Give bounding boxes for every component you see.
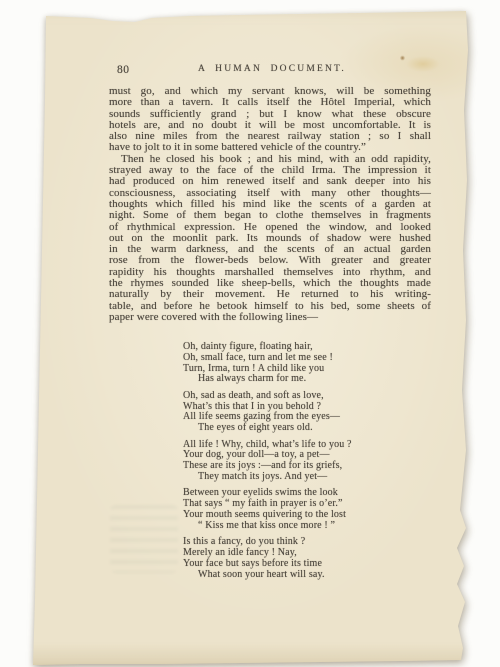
stain	[400, 55, 405, 61]
body-text: must go, and which my servant knows, wil…	[109, 86, 431, 323]
poem-line: Oh, small face, turn and let me see !	[183, 353, 413, 364]
poem: Oh, dainty figure, floating hair,Oh, sma…	[183, 342, 413, 586]
body-line: naturally by their movement. He returned…	[109, 289, 431, 300]
poem-line: Has always charm for me.	[183, 374, 413, 385]
poem-line: The eyes of eight years old.	[183, 423, 413, 434]
poem-line: What soon your heart will say.	[183, 570, 413, 581]
poem-stanza: Oh, sad as death, and soft as love,What’…	[183, 391, 413, 434]
poem-line: Oh, sad as death, and soft as love,	[183, 391, 413, 402]
page-header: 80 A HUMAN DOCUMENT.	[109, 64, 431, 78]
body-line: paper were covered with the following li…	[109, 312, 431, 323]
poem-stanza: Between your eyelids swims the lookThat …	[183, 488, 413, 531]
poem-stanza: Oh, dainty figure, floating hair,Oh, sma…	[183, 342, 413, 385]
page-number: 80	[117, 64, 130, 76]
poem-line: They match its joys. And yet—	[183, 472, 413, 483]
poem-line: Your face but says before its time	[183, 559, 413, 570]
page-showthrough	[110, 505, 178, 573]
body-line: night. Some of them began to clothe them…	[109, 210, 431, 221]
poem-stanza: Is this a fancy, do you think ?Merely an…	[183, 537, 413, 580]
body-line: had produced on him renewed itself and s…	[109, 176, 431, 187]
body-line: more than a tavern. It calls itself the …	[109, 97, 431, 108]
poem-line: “ Kiss me that kiss once more ! ”	[183, 521, 413, 532]
running-title: A HUMAN DOCUMENT.	[109, 64, 431, 74]
book-page: 80 A HUMAN DOCUMENT. must go, and which …	[0, 0, 500, 667]
page-shadow: 80 A HUMAN DOCUMENT. must go, and which …	[0, 0, 500, 667]
book-scan-photo: 80 A HUMAN DOCUMENT. must go, and which …	[0, 0, 500, 667]
poem-stanza: All life ! Why, child, what’s life to yo…	[183, 440, 413, 483]
